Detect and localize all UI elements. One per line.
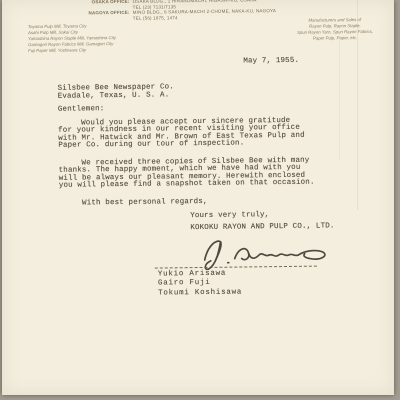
body-line: you will please find a snapshot taken on… <box>59 180 315 191</box>
regards-line: With best personal regards, <box>82 199 208 208</box>
body-paragraph-1: Would you please accept our sincere grat… <box>58 118 305 151</box>
signatory-name: Tokumi Koshisawa <box>158 289 242 299</box>
letter-date: May 7, 1955. <box>243 58 299 66</box>
valediction: Yours very truly, <box>190 212 269 220</box>
nagoya-address-line: MINO BLDG., 6 SAKURA-MACHI 2-CHOME, NAKA… <box>133 8 276 15</box>
mill-list: Toyama Pulp Mill, Toyama City Asahi Pulp… <box>28 23 116 55</box>
products-list: Manufacturers and Sales of Rayon Pulp, R… <box>281 17 389 43</box>
letter-paper: OSAKA OFFICE: OSAKA BLDG., 1 HIRANOMACHI… <box>2 0 394 395</box>
recipient-address: Silsbee Bee Newspaper Co. Evadale, Texas… <box>58 84 174 101</box>
body-paragraph-2: We received three copies of Silsbee Bee … <box>59 158 315 191</box>
letter-content: OSAKA OFFICE: OSAKA BLDG., 1 HIRANOMACHI… <box>0 0 396 397</box>
mill-item: Fuji Paper Mill, Yoshiwara City <box>28 47 116 54</box>
signatories: Yukio Arisawa Gairo Fuji Tokumi Koshisaw… <box>158 271 242 300</box>
nagoya-office-label: NAGOYA OFFICE: <box>88 10 130 22</box>
products-line: Paper Pulp, Paper, etc. <box>281 35 389 42</box>
nagoya-office-address: MINO BLDG., 6 SAKURA-MACHI 2-CHOME, NAKA… <box>133 8 277 21</box>
body-line: Paper Co. during our tour of inspection. <box>58 140 305 150</box>
recipient-line: Evadale, Texas, U. S. A. <box>58 92 174 101</box>
letterhead-nagoya-office: NAGOYA OFFICE: MINO BLDG., 6 SAKURA-MACH… <box>88 8 277 21</box>
company-name: KOKOKU RAYON AND PULP CO., LTD. <box>190 223 334 232</box>
salutation: Gentlemen: <box>58 106 105 114</box>
scanned-letter-screenshot: { "letterhead": { "offices": [ { "label"… <box>0 0 400 400</box>
nagoya-tel-line: TEL (56) 1875, 1474 <box>133 15 178 21</box>
